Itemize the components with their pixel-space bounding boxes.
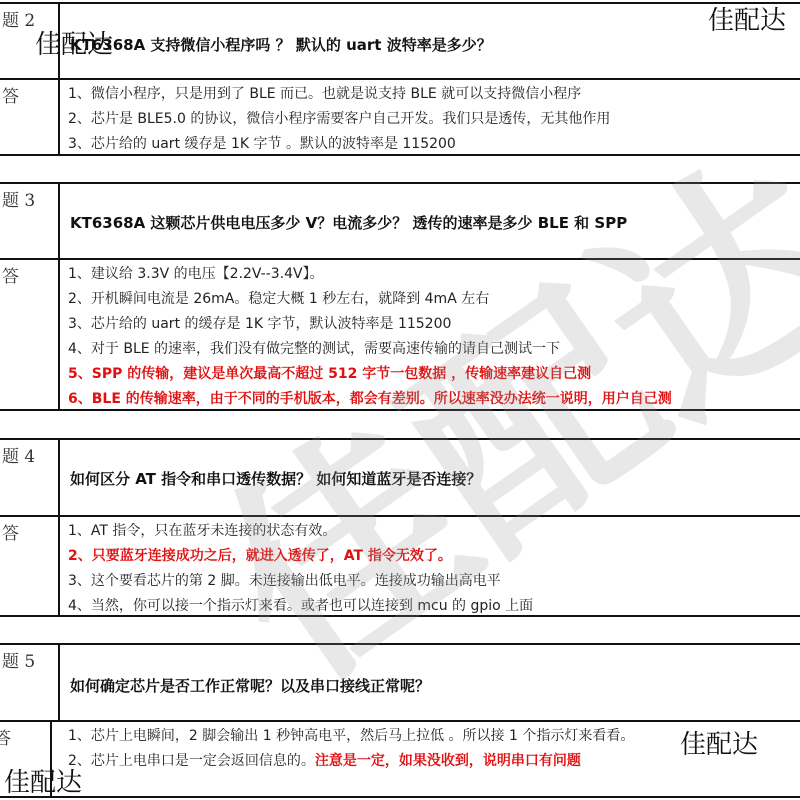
answer-line-highlight: 5、SPP 的传输，建议是单次最高不超过 512 字节一包数据 ，传输速率建议自… bbox=[68, 362, 672, 387]
answer-label: 答 bbox=[0, 260, 60, 409]
answer-row-2: 答 1、微信小程序，只是用到了 BLE 而已。也就是说支持 BLE 就可以支持微… bbox=[0, 78, 800, 156]
answer-label: 答 bbox=[0, 517, 60, 615]
answer-label: 答 bbox=[0, 722, 52, 796]
answer-list: 1、AT 指令，只在蓝牙未连接的状态有效。 2、只要蓝牙连接成功之后，就进入透传… bbox=[68, 519, 533, 619]
answer-row-5: 答 1、芯片上电瞬间，2 脚会输出 1 秒钟高电平，然后马上拉低 。所以接 1 … bbox=[0, 720, 800, 798]
answer-line-mixed: 2、芯片上电串口是一定会返回信息的。注意是一定，如果没收到，说明串口有问题 bbox=[68, 749, 634, 774]
question-row-5: 题 5 如何确定芯片是否工作正常呢？以及串口接线正常呢？ bbox=[0, 643, 800, 721]
answer-line: 3、芯片给的 uart 缓存是 1K 字节 。默认的波特率是 115200 bbox=[68, 132, 610, 157]
question-label: 题 3 bbox=[0, 184, 60, 259]
question-text: 如何区分 AT 指令和串口透传数据？ 如何知道蓝牙是否连接？ bbox=[70, 468, 481, 489]
answer-list: 1、微信小程序，只是用到了 BLE 而已。也就是说支持 BLE 就可以支持微信小… bbox=[68, 82, 610, 157]
answer-line: 3、这个要看芯片的第 2 脚。未连接输出低电平。连接成功输出高电平 bbox=[68, 569, 533, 594]
answer-row-3: 答 1、建议给 3.3V 的电压【2.2V--3.4V】。 2、开机瞬间电流是 … bbox=[0, 258, 800, 411]
answer-red-part: 注意是一定，如果没收到，说明串口有问题 bbox=[315, 753, 581, 769]
answer-line-highlight: 6、BLE 的传输速率，由于不同的手机版本，都会有差别。所以速率没办法统一说明，… bbox=[68, 387, 672, 412]
answer-line: 1、微信小程序，只是用到了 BLE 而已。也就是说支持 BLE 就可以支持微信小… bbox=[68, 82, 610, 107]
answer-list: 1、芯片上电瞬间，2 脚会输出 1 秒钟高电平，然后马上拉低 。所以接 1 个指… bbox=[68, 724, 634, 774]
answer-list: 1、建议给 3.3V 的电压【2.2V--3.4V】。 2、开机瞬间电流是 26… bbox=[68, 262, 672, 412]
answer-line: 4、当然，你可以接一个指示灯来看。或者也可以连接到 mcu 的 gpio 上面 bbox=[68, 594, 533, 619]
question-text: KT6368A 支持微信小程序吗 ？ 默认的 uart 波特率是多少？ bbox=[70, 34, 492, 55]
answer-line: 1、芯片上电瞬间，2 脚会输出 1 秒钟高电平，然后马上拉低 。所以接 1 个指… bbox=[68, 724, 634, 749]
answer-plain-part: 2、芯片上电串口是一定会返回信息的。 bbox=[68, 753, 315, 769]
answer-line: 1、AT 指令，只在蓝牙未连接的状态有效。 bbox=[68, 519, 533, 544]
question-row-2: 题 2 KT6368A 支持微信小程序吗 ？ 默认的 uart 波特率是多少？ bbox=[0, 2, 800, 79]
question-label: 题 2 bbox=[0, 4, 60, 79]
question-text: KT6368A 这颗芯片供电电压多少 V？电流多少？ 透传的速率是多少 BLE … bbox=[70, 212, 627, 233]
question-label: 题 4 bbox=[0, 440, 60, 516]
question-label: 题 5 bbox=[0, 645, 60, 721]
question-row-3: 题 3 KT6368A 这颗芯片供电电压多少 V？电流多少？ 透传的速率是多少 … bbox=[0, 182, 800, 259]
answer-line: 1、建议给 3.3V 的电压【2.2V--3.4V】。 bbox=[68, 262, 672, 287]
answer-row-4: 答 1、AT 指令，只在蓝牙未连接的状态有效。 2、只要蓝牙连接成功之后，就进入… bbox=[0, 515, 800, 617]
answer-line: 3、芯片给的 uart 的缓存是 1K 字节，默认波特率是 115200 bbox=[68, 312, 672, 337]
answer-line: 4、对于 BLE 的速率，我们没有做完整的测试，需要高速传输的请自己测试一下 bbox=[68, 337, 672, 362]
answer-label: 答 bbox=[0, 80, 60, 154]
answer-line: 2、开机瞬间电流是 26mA。稳定大概 1 秒左右，就降到 4mA 左右 bbox=[68, 287, 672, 312]
answer-line-highlight: 2、只要蓝牙连接成功之后，就进入透传了，AT 指令无效了。 bbox=[68, 544, 533, 569]
question-row-4: 题 4 如何区分 AT 指令和串口透传数据？ 如何知道蓝牙是否连接？ bbox=[0, 438, 800, 516]
question-text: 如何确定芯片是否工作正常呢？以及串口接线正常呢？ bbox=[70, 675, 430, 696]
answer-line: 2、芯片是 BLE5.0 的协议，微信小程序需要客户自己开发。我们只是透传，无其… bbox=[68, 107, 610, 132]
